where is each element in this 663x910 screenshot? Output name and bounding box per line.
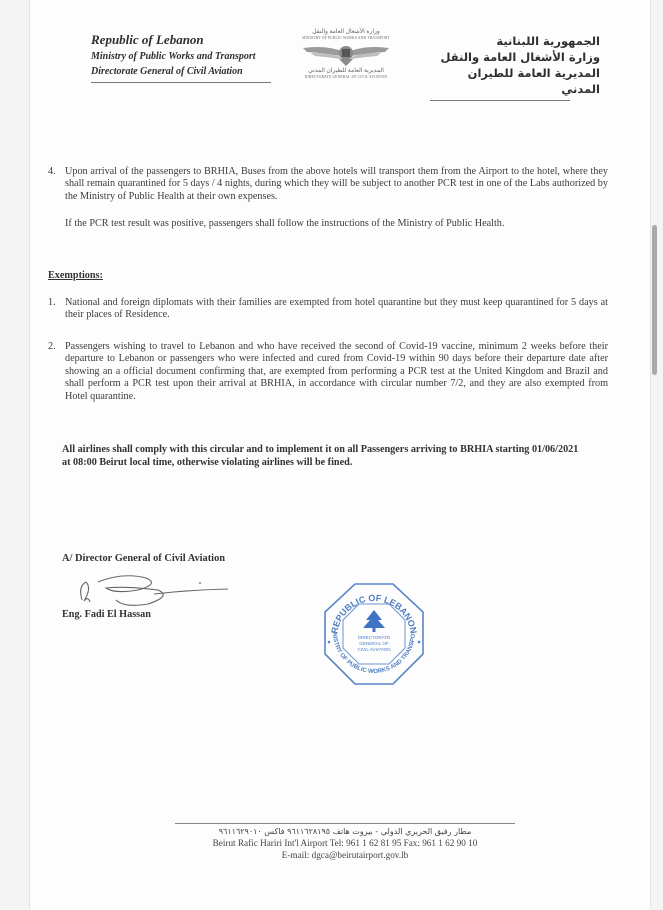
list-item-4: 4. Upon arrival of the passengers to BRH… — [48, 166, 608, 203]
footer: مطار رفيق الحريري الدولي - بيروت هاتف ٩٦… — [175, 823, 515, 861]
header-divider — [91, 82, 271, 83]
vertical-scrollbar[interactable] — [652, 225, 657, 375]
document-page: Republic of Lebanon Ministry of Public W… — [29, 0, 651, 910]
header-ministry: Ministry of Public Works and Transport — [91, 49, 291, 64]
logo-arabic-bottom: المديرية العامة للطيران المدني — [288, 67, 404, 75]
header-country: Republic of Lebanon — [91, 31, 291, 49]
header-arabic-directorate: المديرية العامة للطيران المدني — [430, 65, 600, 97]
footer-arabic: مطار رفيق الحريري الدولي - بيروت هاتف ٩٦… — [175, 826, 515, 837]
header-arabic: الجمهورية اللبنانية وزارة الأشغال العامة… — [430, 33, 600, 101]
logo-english-bottom: DIRECTORATE GENERAL OF CIVIL AVIATION — [288, 75, 404, 80]
header-logo: وزارة الأشغال العامة والنقل MINISTRY OF … — [288, 28, 404, 80]
list-item-text: Upon arrival of the passengers to BRHIA,… — [65, 166, 608, 203]
exemption-item-2: 2. Passengers wishing to travel to Leban… — [48, 341, 608, 403]
footer-divider — [175, 823, 515, 824]
stamp-inner-line3: CIVIL AVIATION — [357, 647, 390, 652]
logo-arabic-top: وزارة الأشغال العامة والنقل — [288, 28, 404, 36]
logo-english-top: MINISTRY OF PUBLIC WORKS AND TRANSPORT — [288, 36, 404, 41]
list-item-text: National and foreign diplomats with thei… — [65, 297, 608, 322]
header-arabic-divider — [430, 100, 570, 101]
stamp-inner-line1: DIRECTORATE — [358, 635, 391, 640]
pcr-note: If the PCR test result was positive, pas… — [65, 218, 605, 230]
list-number: 4. — [48, 166, 56, 178]
signer-name: Eng. Fadi El Hassan — [62, 609, 151, 620]
signer-title: A/ Director General of Civil Aviation — [62, 553, 225, 564]
footer-email: E-mail: dgca@beirutairport.gov.lb — [175, 849, 515, 861]
header-directorate: Directorate General of Civil Aviation — [91, 64, 291, 79]
handwritten-signature-icon — [68, 568, 238, 610]
cedar-tree-icon — [363, 610, 385, 632]
winged-emblem-icon — [301, 41, 391, 67]
list-number: 2. — [48, 341, 56, 353]
exemption-item-1: 1. National and foreign diplomats with t… — [48, 297, 608, 322]
header-arabic-ministry: وزارة الأشغال العامة والنقل — [430, 49, 600, 65]
stamp-inner-line2: GENERAL OF — [359, 641, 389, 646]
header-english: Republic of Lebanon Ministry of Public W… — [91, 31, 291, 83]
header-arabic-country: الجمهورية اللبنانية — [430, 33, 600, 49]
official-stamp: REPUBLIC OF LEBANON MINISTRY OF PUBLIC W… — [319, 580, 429, 690]
exemptions-heading: Exemptions: — [48, 270, 103, 281]
list-item-text: Passengers wishing to travel to Lebanon … — [65, 341, 608, 403]
list-number: 1. — [48, 297, 56, 309]
footer-address: Beirut Rafic Hariri Int'l Airport Tel: 9… — [175, 837, 515, 849]
airline-compliance-notice: All airlines shall comply with this circ… — [62, 444, 582, 469]
